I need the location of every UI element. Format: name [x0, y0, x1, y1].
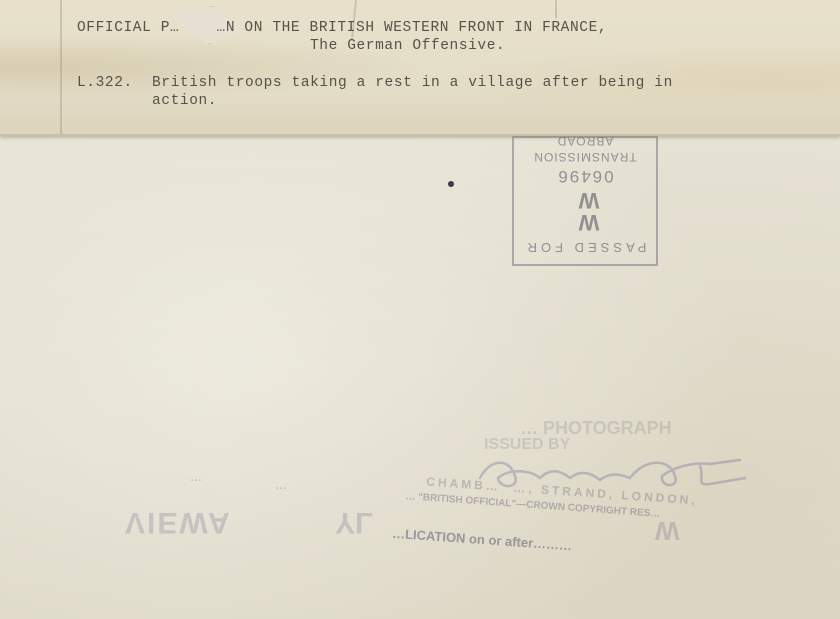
stamp-abroad: ABROAD [514, 135, 656, 147]
label-crease [60, 0, 62, 134]
caption-description-continued: action. [152, 93, 217, 109]
bleed-publication-text: …LICATION on or after……… [392, 526, 573, 554]
bleed-large-stamp-text: YL [335, 505, 373, 539]
caption-reference-number: L.322. [77, 75, 133, 91]
bleed-large-stamp-text: VIEWA [125, 505, 232, 539]
caption-subtitle: The German Offensive. [310, 38, 505, 54]
caption-label: OFFICIAL P… …N ON THE BRITISH WESTERN FR… [0, 0, 840, 136]
stamp-ww-mark: W W [514, 189, 656, 233]
censor-stamp: PASSED FOR W W 06496 TRANSMISSION ABROAD [512, 136, 658, 266]
stamp-passed-for: PASSED FOR [514, 241, 656, 254]
bleed-large-stamp-text: W [655, 515, 680, 546]
label-crease [555, 0, 557, 18]
caption-title: OFFICIAL P… …N ON THE BRITISH WESTERN FR… [77, 20, 607, 36]
bleed-fragment: … [190, 470, 202, 484]
stamp-transmission: TRANSMISSION [514, 151, 656, 163]
stamp-number: 06496 [514, 168, 656, 185]
ink-speck [448, 181, 454, 187]
bleed-fragment: … [275, 478, 287, 492]
caption-description: British troops taking a rest in a villag… [152, 75, 673, 91]
photo-reverse-sheet: OFFICIAL P… …N ON THE BRITISH WESTERN FR… [0, 0, 840, 619]
